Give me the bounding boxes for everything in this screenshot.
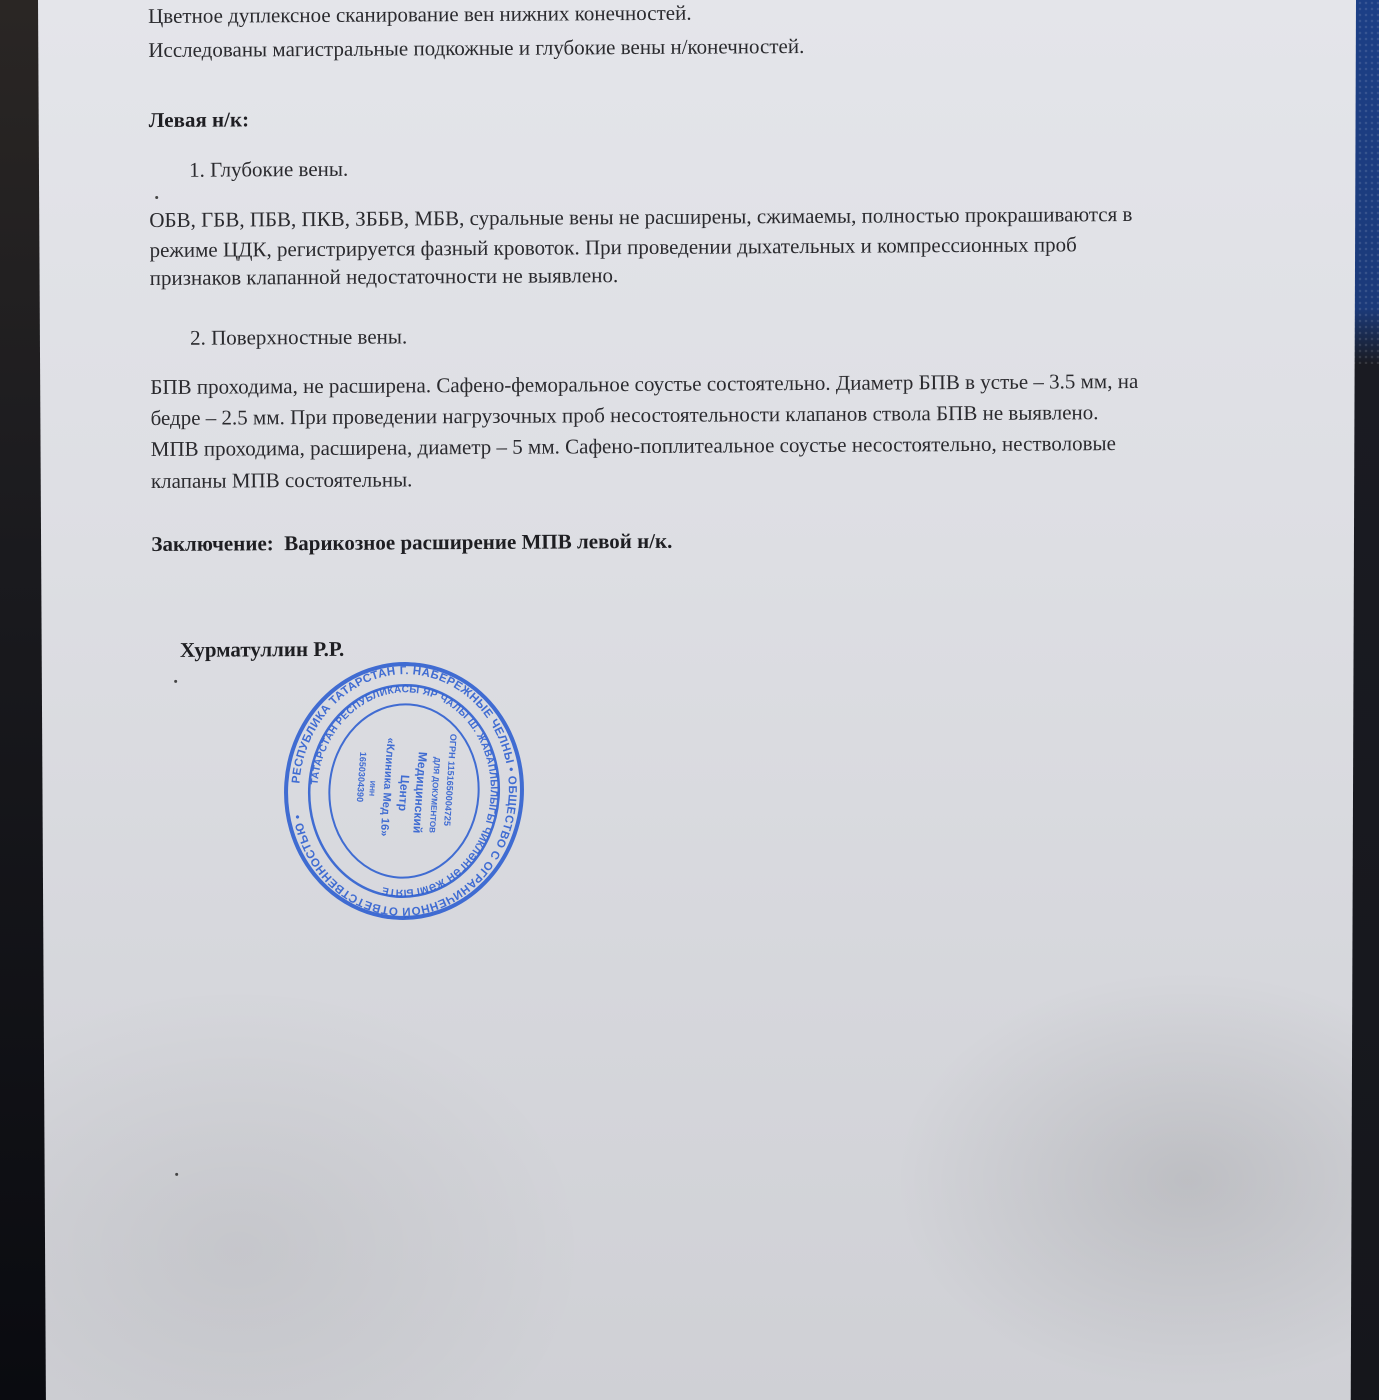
section-1-heading: 1. Глубокие вены.	[189, 155, 348, 185]
stamp-name-line-3: «Клиника Мед 16»	[378, 737, 397, 837]
paper-speck	[155, 196, 158, 199]
stamp-name-line-1: Медицинский	[410, 751, 430, 833]
stamp-name-line-2: Центр	[396, 774, 412, 811]
header-line-1: Цветное дуплексное сканирование вен нижн…	[148, 0, 692, 31]
document-page: Цветное дуплексное сканирование вен нижн…	[38, 0, 1356, 1400]
paper-speck	[174, 680, 177, 683]
section-2-line-1: БПВ проходима, не расширена. Сафено-фемо…	[150, 367, 1138, 402]
stamp-seal-icon: РЕСПУБЛИКА ТАТАРСТАН Г. НАБЕРЕЖНЫЕ ЧЕЛНЫ…	[274, 654, 533, 928]
stamp-inn: 1650304390	[355, 751, 368, 802]
paper-speck	[175, 1173, 178, 1176]
photo-scene: Цветное дуплексное сканирование вен нижн…	[0, 0, 1379, 1400]
section-1-line-2: режиме ЦДК, регистрируется фазный кровот…	[149, 230, 1076, 265]
stamp-inn-label: ИНН	[367, 780, 375, 796]
conclusion-label: Заключение:	[151, 531, 274, 556]
section-2-heading: 2. Поверхностные вены.	[190, 322, 407, 352]
stamp-ogrn: ОГРН 1151650004725	[442, 733, 458, 826]
section-2-line-3: МПВ проходима, расширена, диаметр – 5 мм…	[151, 429, 1116, 464]
section-2-line-4: клапаны МПВ состоятельны.	[151, 465, 413, 496]
official-stamp: РЕСПУБЛИКА ТАТАРСТАН Г. НАБЕРЕЖНЫЕ ЧЕЛНЫ…	[274, 654, 533, 928]
header-line-2: Исследованы магистральные подкожные и гл…	[148, 32, 804, 65]
side-heading: Левая н/к:	[149, 105, 249, 135]
conclusion: Заключение: Варикозное расширение МПВ ле…	[151, 527, 672, 559]
section-1-line-1: ОБВ, ГБВ, ПБВ, ПКВ, ЗББВ, МБВ, суральные…	[149, 200, 1132, 235]
section-1-line-3: признаков клапанной недостаточности не в…	[150, 261, 619, 293]
section-2-line-2: бедре – 2.5 мм. При проведении нагрузочн…	[150, 398, 1098, 433]
conclusion-text: Варикозное расширение МПВ левой н/к.	[284, 529, 672, 555]
